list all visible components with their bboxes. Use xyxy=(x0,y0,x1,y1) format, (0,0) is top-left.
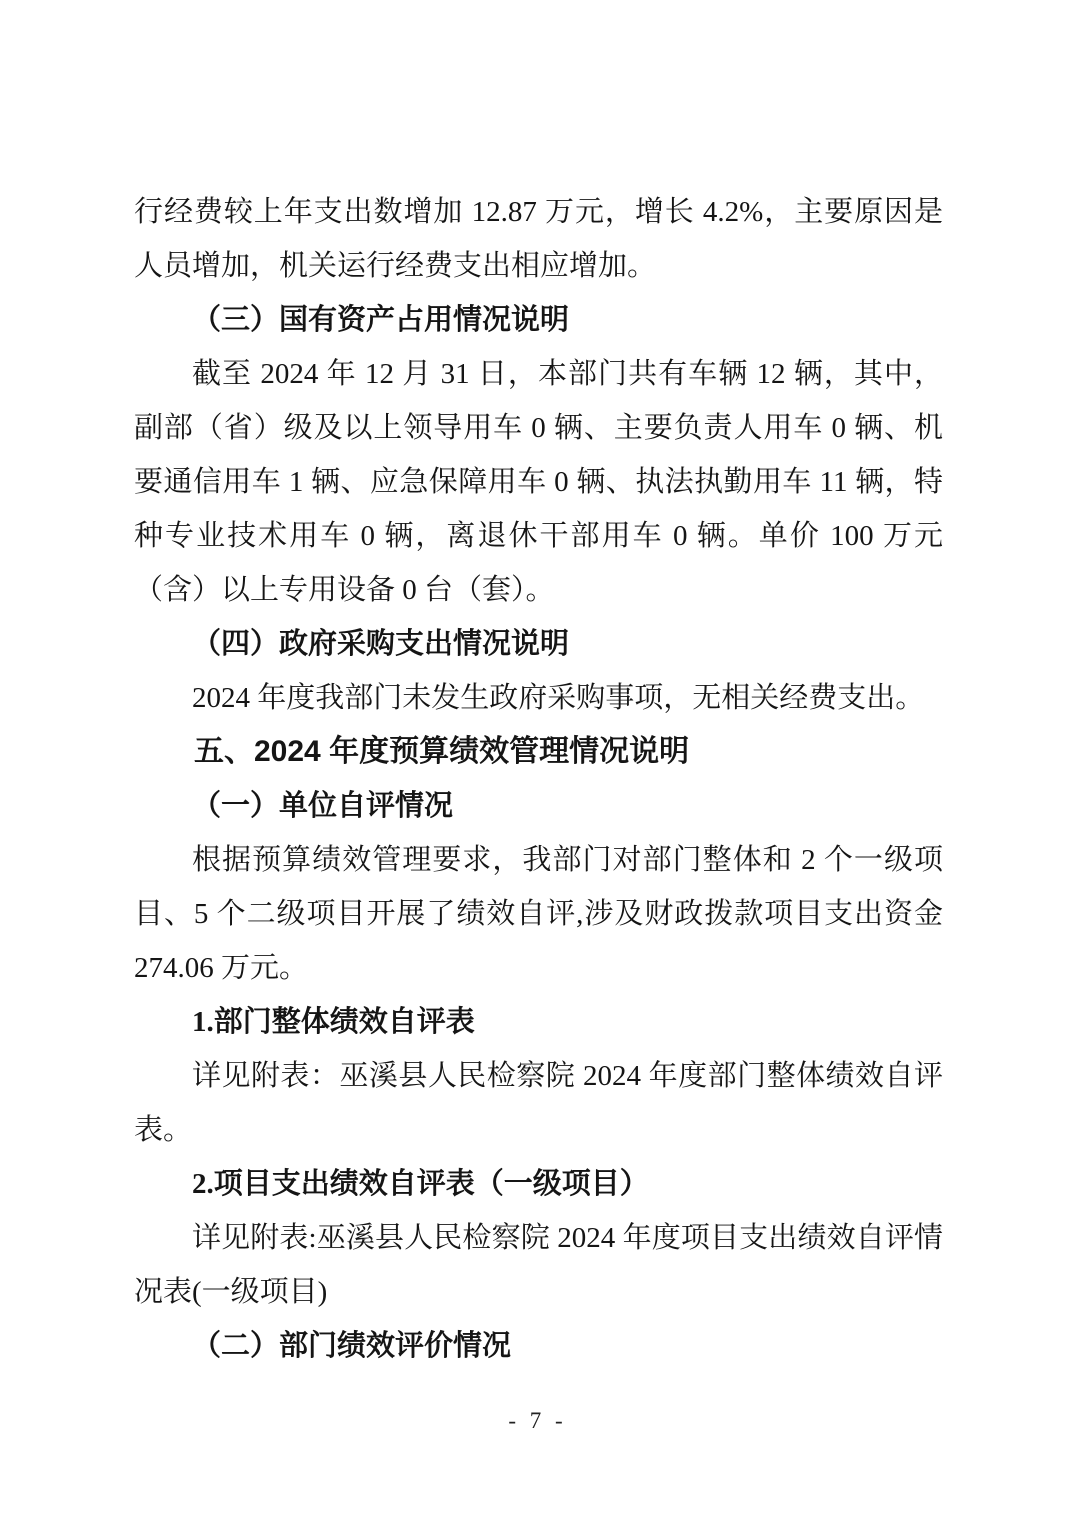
heading-gov-procurement: （四）政府采购支出情况说明 xyxy=(134,617,943,671)
paragraph-gov-procurement: 2024 年度我部门未发生政府采购事项，无相关经费支出。 xyxy=(134,671,943,725)
heading-budget-performance-section: 五、2024 年度预算绩效管理情况说明 xyxy=(134,725,943,779)
heading-dept-overall-self-eval-table: 1.部门整体绩效自评表 xyxy=(134,995,943,1049)
paragraph-project-expenditure-note: 详见附表:巫溪县人民检察院 2024 年度项目支出绩效自评情况表(一级项目) xyxy=(134,1211,943,1319)
paragraph-dept-overall-table-note: 详见附表：巫溪县人民检察院 2024 年度部门整体绩效自评表。 xyxy=(134,1049,943,1157)
document-content: 行经费较上年支出数增加 12.87 万元，增长 4.2%，主要原因是人员增加，机… xyxy=(134,185,943,1373)
heading-project-expenditure-table: 2.项目支出绩效自评表（一级项目） xyxy=(134,1157,943,1211)
heading-state-assets-usage: （三）国有资产占用情况说明 xyxy=(134,293,943,347)
paragraph-state-assets-usage: 截至 2024 年 12 月 31 日，本部门共有车辆 12 辆，其中，副部（省… xyxy=(134,347,943,617)
paragraph-operating-expense-runover: 行经费较上年支出数增加 12.87 万元，增长 4.2%，主要原因是人员增加，机… xyxy=(134,185,943,293)
document-page: 行经费较上年支出数增加 12.87 万元，增长 4.2%，主要原因是人员增加，机… xyxy=(0,0,1075,1520)
paragraph-unit-self-evaluation: 根据预算绩效管理要求，我部门对部门整体和 2 个一级项目、5 个二级项目开展了绩… xyxy=(134,833,943,995)
heading-unit-self-evaluation: （一）单位自评情况 xyxy=(134,779,943,833)
page-number: - 7 - xyxy=(0,1408,1075,1434)
heading-dept-performance-evaluation: （二）部门绩效评价情况 xyxy=(134,1319,943,1373)
